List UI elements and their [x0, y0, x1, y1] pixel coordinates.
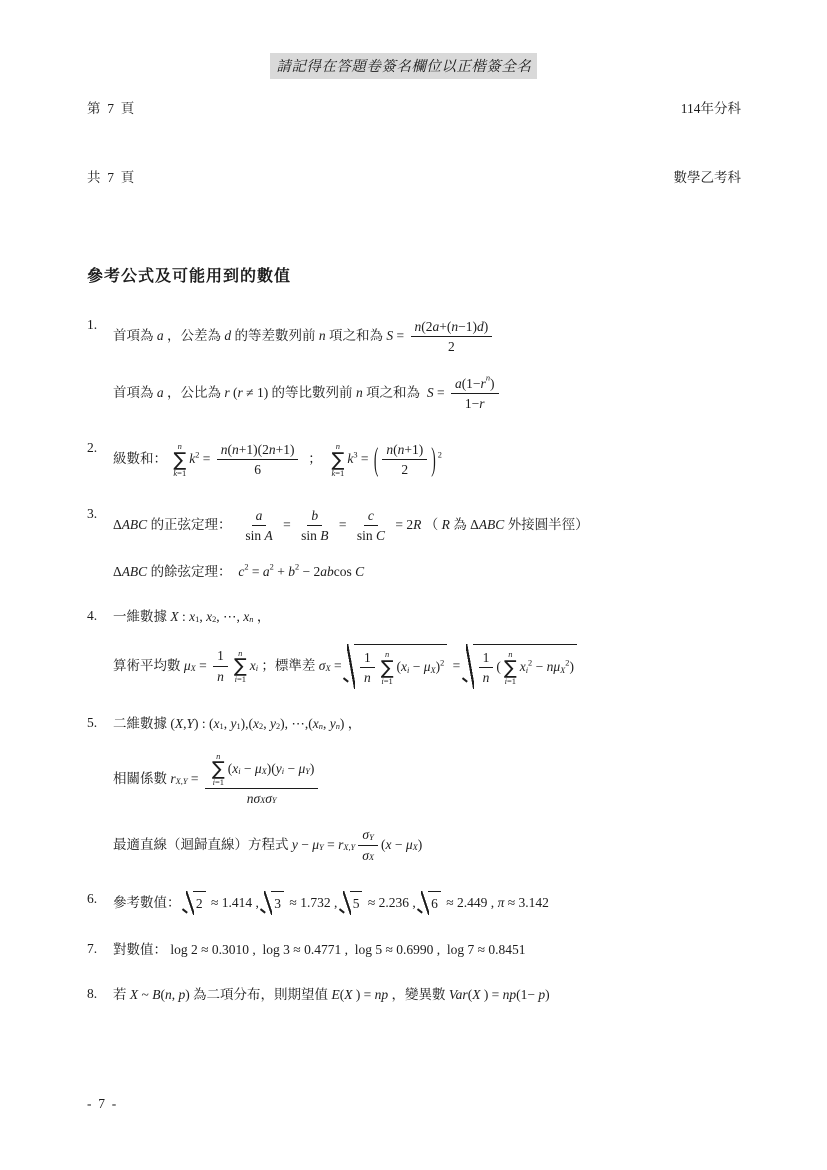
math-fraction: n(n+1)2 [382, 441, 427, 479]
math-variable: n [486, 374, 490, 383]
math-text: = [393, 326, 407, 347]
math-variable: n [217, 668, 224, 686]
formula-list: 1.首項為 a ，公差為 d 的等差數列前 n 項之和為 S = n(2a+(n… [87, 316, 741, 1022]
math-subscript: Y [369, 834, 374, 842]
math-sqrt: 5 [343, 891, 363, 915]
math-fraction: n∑i=1(xi − μX)(yi − μY)nσXσY [205, 752, 319, 808]
footer-page-number: - 7 - [87, 1096, 116, 1112]
math-superscript: 2 [244, 564, 248, 572]
math-text: ) ， [340, 714, 361, 735]
math-text: =1 [384, 677, 393, 686]
math-text: = [280, 515, 294, 536]
math-text: sin [357, 527, 376, 545]
math-text: ≈ 1.732 , [286, 893, 341, 914]
math-text: =1 [177, 469, 186, 478]
radical-icon [347, 644, 355, 689]
math-variable: X [369, 853, 374, 862]
math-superscript: 2 [528, 659, 532, 667]
math-radicand: 5 [350, 891, 363, 915]
signature-notice: 請記得在答題卷簽名欄位以正楷簽全名 [270, 53, 537, 79]
sigma-icon: ∑ [234, 657, 247, 675]
math-subscript: 2 [212, 616, 216, 624]
math-variable: σ [319, 656, 326, 677]
formula-item: 7.對數值： log 2 ≈ 0.3010 , log 3 ≈ 0.4771 ,… [87, 940, 741, 976]
radical-icon [264, 891, 272, 915]
math-text: ) [569, 657, 574, 678]
math-variable: d [477, 318, 484, 336]
math-variable: A [264, 527, 272, 545]
formula-line: 最適直線（迴歸直線）方程式 y − μY = rX,YσYσX(x − μX) [113, 824, 741, 866]
item-body: 首項為 a ，公差為 d 的等差數列前 n 項之和為 S = n(2a+(n−1… [113, 316, 741, 430]
formula-line: ΔABC 的餘弦定理： c2 = a2 + b2 − 2abcos C [113, 562, 741, 583]
math-variable: Y [351, 843, 356, 852]
math-sqrt: 1nn∑i=1(xi − μX)2 [347, 644, 447, 689]
math-subscript: 1 [220, 723, 224, 731]
math-text: 相關係數 [113, 769, 170, 790]
math-subscript: i [256, 665, 258, 673]
math-text: 3 [353, 450, 357, 459]
math-text: ) [310, 760, 315, 778]
math-variable: S [427, 383, 434, 404]
math-text: 的餘弦定理： [147, 562, 238, 583]
math-variable: a [256, 507, 263, 525]
math-text: ( [230, 383, 238, 404]
math-denominator: σX [358, 846, 378, 865]
page-number-block: 第 7 頁 共 7 頁 [87, 52, 134, 236]
math-text: 2 [196, 894, 203, 915]
math-text: = 2 [392, 515, 413, 536]
math-text: 2 [440, 658, 444, 667]
math-text: 參考數值： [113, 893, 184, 914]
math-variable: R [442, 515, 450, 536]
math-summation: n∑i=1 [381, 650, 394, 685]
math-text: 的正弦定理： [147, 515, 238, 536]
radical-icon [421, 891, 429, 915]
math-denominator: nσXσY [243, 789, 281, 808]
math-variable: n [356, 383, 363, 404]
math-variable: X [262, 767, 267, 776]
math-superscript: 2 [440, 659, 444, 667]
exam-year-label: 114年分科 [674, 98, 742, 121]
math-superscript: 2 [295, 564, 299, 572]
formula-line: 算術平均數 μX = 1nn∑i=1xi ；標準差 σX = 1nn∑i=1(x… [113, 643, 741, 690]
math-text: ，公比為 [164, 383, 225, 404]
math-variable: i [407, 666, 409, 675]
math-text: sin [245, 527, 264, 545]
math-fraction: 1n [360, 649, 375, 687]
math-variable: E [331, 985, 339, 1006]
formula-item: 1.首項為 a ，公差為 d 的等差數列前 n 項之和為 S = n(2a+(n… [87, 316, 741, 430]
math-text: 2 [212, 615, 216, 624]
math-variable: X [170, 607, 178, 628]
formula-item: 6.參考數值： 2 ≈ 1.414 , 3 ≈ 1.732 , 5 ≈ 2.23… [87, 890, 741, 931]
math-superscript: 2 [270, 564, 274, 572]
math-summation: n∑k=1 [331, 442, 344, 477]
math-variable: Y [187, 714, 195, 735]
math-text: ，變異數 [388, 985, 449, 1006]
math-sqrt: 2 [186, 891, 206, 915]
math-numerator: 1 [479, 649, 494, 669]
math-subscript: Y [272, 797, 277, 805]
sigma-icon: ∑ [212, 760, 225, 778]
formula-line: 一維數據 X : x1, x2, ⋯, xn ， [113, 607, 741, 628]
math-text: ) = [480, 985, 502, 1006]
math-text: (1− [516, 985, 538, 1006]
math-variable: ab [320, 562, 334, 583]
math-fraction: a(1−rn)1−r [451, 375, 499, 413]
math-subscript: i [407, 667, 409, 675]
formula-item: 3.ΔABC 的正弦定理： asin A = bsin B = csin C =… [87, 505, 741, 598]
math-variable: i [238, 767, 240, 776]
math-text: − [284, 760, 298, 778]
radical-icon [343, 891, 351, 915]
math-variable: ABC [122, 515, 148, 536]
math-text: − [532, 657, 546, 678]
math-sqrt: 1n(n∑i=1xi2 − nμX2) [466, 644, 577, 689]
math-text: =1 [335, 469, 344, 478]
item-body: ΔABC 的正弦定理： asin A = bsin B = csin C = 2… [113, 505, 741, 598]
math-variable: B [320, 527, 328, 545]
math-sum-limit: k=1 [331, 469, 344, 478]
math-variable: μ [312, 835, 319, 856]
math-text: 外接圓半徑） [504, 515, 588, 536]
math-subscript: X [260, 797, 265, 805]
math-subscript: 2 [259, 723, 263, 731]
math-variable: nμ [547, 657, 561, 678]
math-subscript: X,Y [176, 778, 188, 786]
math-text: ≈ 2.236 , [364, 893, 419, 914]
sigma-icon: ∑ [381, 659, 394, 677]
page-header: 第 7 頁 共 7 頁 請記得在答題卷簽名欄位以正楷簽全名 114年分科 數學乙… [87, 52, 741, 236]
item-number: 2. [87, 439, 113, 496]
math-text: 1 [364, 649, 371, 667]
math-superscript: 3 [353, 451, 357, 459]
math-text: 6 [431, 894, 438, 915]
sigma-icon: ∑ [331, 451, 344, 469]
math-variable: a [157, 383, 164, 404]
math-subscript: X [430, 667, 435, 675]
math-text: )( [267, 760, 276, 778]
math-variable: i [256, 664, 258, 673]
math-text: ) [484, 318, 489, 336]
math-fraction: n(2a+(n−1)d)2 [411, 318, 493, 356]
math-text: 1 [236, 722, 240, 731]
math-numerator: 1 [360, 649, 375, 669]
math-text: 2 [565, 658, 569, 667]
math-text: 2 [295, 563, 299, 572]
math-text: − [298, 835, 312, 856]
math-text: , ⋯, [216, 607, 243, 628]
math-text: Δ [113, 515, 122, 536]
math-text: +1) [276, 441, 295, 459]
math-fraction: csin C [353, 507, 389, 545]
math-variable: n [319, 326, 326, 347]
radical-icon [466, 644, 474, 689]
radical-icon [186, 891, 194, 915]
math-text: 項之和為 [326, 326, 387, 347]
math-variable: π [498, 893, 505, 914]
math-variable: b [288, 562, 295, 583]
formula-line: 參考數值： 2 ≈ 1.414 , 3 ≈ 1.732 , 5 ≈ 2.236 … [113, 890, 741, 916]
math-text: = [335, 515, 349, 536]
math-text: （ [421, 515, 441, 536]
math-text: ；標準差 [258, 656, 319, 677]
math-variable: X [191, 664, 196, 673]
math-subscript: i [526, 667, 528, 675]
math-text: 1 [195, 615, 199, 624]
math-fraction: 1n [213, 647, 228, 685]
math-numerator: n(n+1) [382, 441, 427, 461]
math-text: ) = [352, 985, 374, 1006]
formula-line: 首項為 a ，公比為 r (r ≠ 1) 的等比數列前 n 項之和為 S = a… [113, 373, 741, 415]
math-text: (2 [421, 318, 432, 336]
math-text: ),( [241, 714, 253, 735]
math-text: 首項為 [113, 326, 157, 347]
math-variable: μ [406, 835, 413, 856]
math-variable: Y [305, 767, 310, 776]
math-subscript: i [282, 768, 284, 776]
paren-icon: ) [430, 444, 437, 476]
math-text: ) 為二項分布，則期望值 [185, 985, 331, 1006]
math-fraction: n(n+1)(2n+1)6 [217, 441, 299, 479]
math-fraction: 1n [479, 649, 494, 687]
math-numerator: a(1−rn) [451, 375, 499, 395]
exam-info-block: 114年分科 數學乙考科 [674, 52, 742, 236]
math-text: 2 [270, 563, 274, 572]
math-denominator: n [213, 667, 228, 686]
math-superscript: 2 [565, 659, 569, 667]
math-numerator: a [252, 507, 267, 527]
math-text: ( [496, 657, 501, 678]
math-variable: n [386, 441, 393, 459]
formula-line: 對數值： log 2 ≈ 0.3010 , log 3 ≈ 0.4771 , l… [113, 940, 741, 961]
math-sum-limit: i=1 [213, 778, 224, 787]
math-variable: c [368, 507, 374, 525]
math-text: 級數和： [113, 449, 170, 470]
math-numerator: b [307, 507, 322, 527]
math-text: 若 [113, 985, 130, 1006]
math-text: ) : ( [194, 714, 214, 735]
math-text: =1 [237, 675, 246, 684]
page-number-line2: 共 7 頁 [87, 167, 134, 190]
math-radicand: 2 [193, 891, 206, 915]
math-variable: n [249, 615, 253, 624]
math-subscript: X [191, 665, 196, 673]
math-subscript: X [262, 768, 267, 776]
math-variable: a [263, 562, 270, 583]
math-sum-limit: i=1 [505, 677, 516, 686]
math-text: + [274, 562, 288, 583]
math-text: = [331, 656, 345, 677]
math-text: = [324, 835, 338, 856]
item-number: 1. [87, 316, 113, 430]
math-denominator: 2 [397, 460, 412, 479]
math-text: 算術平均數 [113, 656, 184, 677]
math-summation: n∑k=1 [173, 442, 186, 477]
math-summation: n∑i=1 [212, 752, 225, 787]
math-text: 為 Δ [450, 515, 479, 536]
math-variable: C [376, 527, 385, 545]
math-variable: B [152, 985, 160, 1006]
math-denominator: 6 [250, 460, 265, 479]
formula-line: 若 X ~ B(n, p) 為二項分布，則期望值 E(X ) = np ，變異數… [113, 985, 741, 1006]
math-text: 6 [254, 461, 261, 479]
item-body: 級數和： n∑k=1k2 = n(n+1)(2n+1)6 ； n∑k=1k3 =… [113, 439, 741, 496]
math-variable: p [538, 985, 545, 1006]
math-variable: X [325, 664, 330, 673]
math-variable: S [386, 326, 393, 347]
math-fraction: bsin B [297, 507, 332, 545]
math-variable: n [398, 441, 405, 459]
item-number: 7. [87, 940, 113, 976]
math-variable: ABC [122, 562, 148, 583]
math-variable: Var [449, 985, 468, 1006]
math-text: ≈ 3.142 [504, 893, 549, 914]
math-text: 1 [217, 647, 224, 665]
math-text: = [449, 656, 463, 677]
math-radicand: 1n(n∑i=1xi2 − nμX2) [473, 644, 577, 689]
math-text: 1 [483, 649, 490, 667]
math-summation: n∑i=1 [234, 649, 247, 684]
math-denominator: sin C [353, 526, 389, 545]
math-text: − [391, 835, 405, 856]
math-variable: Y [272, 796, 277, 805]
math-variable: Y [183, 777, 188, 786]
math-text: ≈ 2.449 , [443, 893, 498, 914]
math-variable: a [455, 375, 462, 393]
math-variable: np [503, 985, 517, 1006]
math-subscript: X,Y [343, 844, 355, 852]
math-variable: n [336, 722, 340, 731]
math-text: , [323, 714, 330, 735]
math-paren-content: n(n+1)2 [379, 439, 430, 481]
formula-item: 5.二維數據 (X,Y) : (x1, y1),(x2, y2), ⋯,(xn,… [87, 714, 741, 882]
math-text: = [434, 383, 448, 404]
math-variable: X [472, 985, 480, 1006]
math-variable: X [430, 666, 435, 675]
formula-line: 首項為 a ，公差為 d 的等差數列前 n 項之和為 S = n(2a+(n−1… [113, 316, 741, 358]
math-variable: n [165, 985, 172, 1006]
formula-line: 二維數據 (X,Y) : (x1, y1),(x2, y2), ⋯,(xn, y… [113, 714, 741, 735]
math-text: 2 [276, 722, 280, 731]
math-text: ； [301, 449, 328, 470]
math-text: 對數值： log 2 ≈ 0.3010 , log 3 ≈ 0.4771 , l… [113, 940, 526, 961]
formula-line: 相關係數 rX,Y = n∑i=1(xi − μX)(yi − μY)nσXσY [113, 750, 741, 810]
math-text: = [249, 562, 263, 583]
math-subscript: Y [319, 844, 324, 852]
math-variable: n [364, 669, 371, 687]
item-number: 6. [87, 890, 113, 931]
math-denominator: sin A [241, 526, 276, 545]
math-text: = [196, 656, 210, 677]
math-variable: i [282, 767, 284, 776]
math-variable: n [221, 441, 228, 459]
math-subscript: X [413, 844, 418, 852]
math-denominator: 1−r [461, 394, 489, 413]
formula-item: 8.若 X ~ B(n, p) 為二項分布，則期望值 E(X ) = np ，變… [87, 985, 741, 1021]
math-radicand: 3 [271, 891, 284, 915]
math-subscript: n [336, 723, 340, 731]
math-variable: μ [184, 656, 191, 677]
formula-line: ΔABC 的正弦定理： asin A = bsin B = csin C = 2… [113, 505, 741, 547]
math-superscript: 2 [195, 451, 199, 459]
math-subscript: 1 [236, 723, 240, 731]
math-text: − 2 [299, 562, 320, 583]
math-numerator: n∑i=1(xi − μX)(yi − μY) [205, 752, 319, 789]
math-subscript: 2 [276, 723, 280, 731]
math-text: ) [490, 375, 495, 393]
math-text: ), ⋯,( [280, 714, 313, 735]
math-sum-limit: k=1 [173, 469, 186, 478]
math-variable: b [311, 507, 318, 525]
math-variable: n [415, 318, 422, 336]
item-number: 5. [87, 714, 113, 882]
math-variable: σ [362, 826, 369, 844]
item-number: 8. [87, 985, 113, 1021]
math-variable: μ [298, 760, 305, 778]
math-variable: n [319, 722, 323, 731]
math-numerator: n(2a+(n−1)d) [411, 318, 493, 338]
math-fraction: asin A [241, 507, 276, 545]
math-text: =1 [507, 677, 516, 686]
math-text: −1) [458, 318, 477, 336]
math-text: ≈ 1.414 , [208, 893, 263, 914]
math-variable: p [178, 985, 185, 1006]
math-variable: X [260, 796, 265, 805]
math-sqrt: 3 [264, 891, 284, 915]
math-variable: a [157, 326, 164, 347]
math-variable: R [413, 515, 421, 536]
math-variable: n [232, 441, 239, 459]
math-variable: ABC [479, 515, 505, 536]
math-variable: X [130, 985, 138, 1006]
item-body: 二維數據 (X,Y) : (x1, y1),(x2, y2), ⋯,(xn, y… [113, 714, 741, 882]
math-subscript: 1 [195, 616, 199, 624]
math-text: = [358, 449, 372, 470]
math-text: 2 [438, 450, 442, 459]
math-text: ，公差為 [164, 326, 225, 347]
math-text: 首項為 [113, 383, 157, 404]
math-text: 2 [244, 563, 248, 572]
math-subscript: X [560, 667, 565, 675]
paren-icon: ( [373, 444, 380, 476]
sigma-icon: ∑ [173, 451, 186, 469]
math-text: cos [334, 562, 355, 583]
math-summation: n∑i=1 [504, 650, 517, 685]
math-text: 項之和為 [363, 383, 427, 404]
math-variable: X [344, 985, 352, 1006]
formula-line: 級數和： n∑k=1k2 = n(n+1)(2n+1)6 ； n∑k=1k3 =… [113, 439, 741, 481]
item-number: 3. [87, 505, 113, 598]
math-variable: r [479, 395, 484, 413]
math-subscript: n [249, 616, 253, 624]
math-text: 5 [353, 894, 360, 915]
math-sqrt: 6 [421, 891, 441, 915]
math-fraction: σYσX [358, 826, 378, 864]
math-variable: a [433, 318, 440, 336]
item-body: 一維數據 X : x1, x2, ⋯, xn ，算術平均數 μX = 1nn∑i… [113, 607, 741, 705]
math-numerator: n(n+1)(2n+1) [217, 441, 299, 461]
math-subscript: i [238, 768, 240, 776]
math-denominator: sin B [297, 526, 332, 545]
math-text: +1)(2 [239, 441, 269, 459]
math-sum-limit: i=1 [235, 675, 246, 684]
math-text: +( [439, 318, 451, 336]
math-text: 3 [274, 894, 281, 915]
math-superscript: n [486, 375, 490, 383]
signature-notice-wrap: 請記得在答題卷簽名欄位以正楷簽全名 [270, 53, 537, 79]
math-variable: X [413, 843, 418, 852]
